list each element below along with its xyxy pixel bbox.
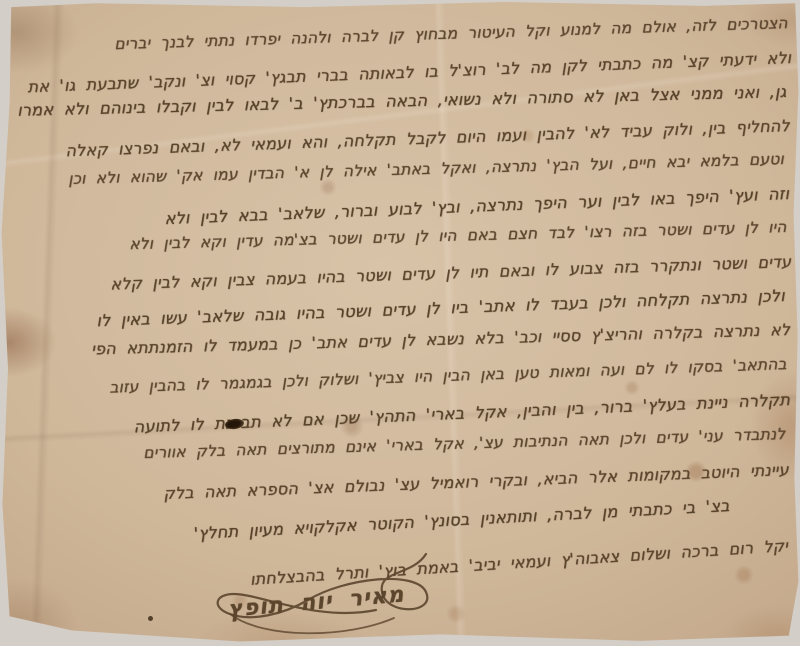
manuscript-line: בהתאב' בסקו לו לם ועה ומאות טען באן הבין…: [109, 355, 787, 397]
manuscript-line: עיינתי היוטב במקומות אלר הביא, ובקרי רוא…: [163, 460, 789, 503]
manuscript-line: עדים ושטר ונתקרר בזה צבוע לו ובאם תיו לן…: [110, 252, 791, 294]
ink-dot: [148, 616, 153, 621]
photo-backdrop: הצטרכים לזה, אולם מה למנוע וקל העיטור מב…: [0, 0, 800, 646]
manuscript-line: הצטרכים לזה, אולם מה למנוע וקל העיטור מב…: [114, 14, 788, 53]
manuscript-line: בצ' בי כתבתי מן לברה, ותותאנין בסונץ' הק…: [194, 496, 731, 543]
